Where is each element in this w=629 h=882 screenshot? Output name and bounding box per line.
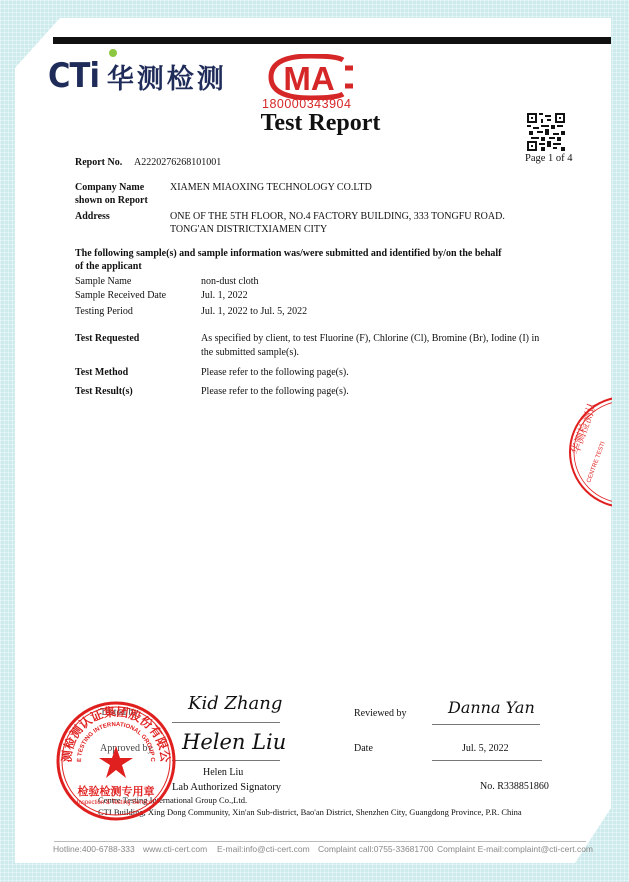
approved-title: Lab Authorized Signatory <box>172 781 281 794</box>
serial-number: No. R338851860 <box>480 780 549 793</box>
approved-name: Helen Liu <box>203 766 243 779</box>
sample-name-label: Sample Name <box>75 275 131 288</box>
company-label-2: shown on Report <box>75 194 148 207</box>
intro-line-1: The following sample(s) and sample infor… <box>75 247 502 260</box>
reviewed-sign-line <box>432 724 540 725</box>
sign-date: Jul. 5, 2022 <box>462 742 509 755</box>
address-line-2: TONG'AN DISTRICTXIAMEN CITY <box>170 223 327 236</box>
approved-signature: Helen Liu <box>182 730 286 754</box>
requested-line-2: the submitted sample(s). <box>201 346 299 359</box>
footer-divider <box>54 841 586 842</box>
result-label: Test Result(s) <box>75 385 133 398</box>
date-label: Date <box>354 742 373 755</box>
svg-text:检验检测专用章: 检验检测专用章 <box>78 784 155 798</box>
svg-text:华测检测认: 华测检测认 <box>568 400 600 456</box>
seam-stamp-icon: 华测检测认 CENTRE TESTI <box>560 395 612 510</box>
cma-number: 180000343904 <box>262 97 351 111</box>
requested-label: Test Requested <box>75 332 139 345</box>
page-indicator: Page 1 of 4 <box>525 153 573 164</box>
testing-period: Jul. 1, 2022 to Jul. 5, 2022 <box>201 305 307 318</box>
report-no-label: Report No. <box>75 156 122 169</box>
intro-line-2: of the applicant <box>75 260 142 273</box>
footer-email: E-mail:info@cti-cert.com <box>217 844 310 854</box>
cti-logo-cn: 华测检测 <box>107 57 227 96</box>
footer-website: www.cti-cert.com <box>143 844 207 854</box>
footer-hotline: Hotline:400-6788-333 <box>53 844 135 854</box>
tested-sign-line <box>172 722 280 723</box>
period-label: Testing Period <box>75 305 133 318</box>
date-line <box>432 760 542 761</box>
requested-line-1: As specified by client, to test Fluorine… <box>201 332 539 345</box>
cma-mark-icon: MA <box>265 54 357 100</box>
svg-text:CENTRE TESTI: CENTRE TESTI <box>586 441 607 484</box>
address-label: Address <box>75 210 110 223</box>
test-result: Please refer to the following page(s). <box>201 385 349 398</box>
company-stamp-icon: 华测检测认证集团股份有限公司 CENTRE TESTING INTERNATIO… <box>55 700 177 822</box>
svg-text:Inspection & Testing Services: Inspection & Testing Services <box>77 800 155 806</box>
received-label: Sample Received Date <box>75 289 166 302</box>
method-label: Test Method <box>75 366 128 379</box>
header-bar <box>53 37 612 44</box>
footer-complaint-call: Complaint call:0755-33681700 <box>318 844 433 854</box>
received-date: Jul. 1, 2022 <box>201 289 248 302</box>
approved-sign-line <box>172 760 280 761</box>
report-no: A2220276268101001 <box>134 156 221 169</box>
footer-complaint-email: Complaint E-mail:complaint@cti-cert.com <box>437 844 593 854</box>
cti-logo-dot <box>109 49 117 57</box>
qr-code-icon <box>527 113 565 151</box>
cti-logo: CTi 华测检测 <box>48 56 227 96</box>
reviewed-by-label: Reviewed by <box>354 707 407 720</box>
cti-logo-text: CTi <box>48 56 99 96</box>
reviewed-signature: Danna Yan <box>448 698 535 717</box>
company-name: XIAMEN MIAOXING TECHNOLOGY CO.LTD <box>170 181 372 194</box>
company-label-1: Company Name <box>75 181 144 194</box>
address-line-1: ONE OF THE 5TH FLOOR, NO.4 FACTORY BUILD… <box>170 210 505 223</box>
test-method: Please refer to the following page(s). <box>201 366 349 379</box>
svg-text:MA: MA <box>283 60 334 97</box>
sample-name: non-dust cloth <box>201 275 259 288</box>
tested-signature: Kid Zhang <box>188 693 282 714</box>
